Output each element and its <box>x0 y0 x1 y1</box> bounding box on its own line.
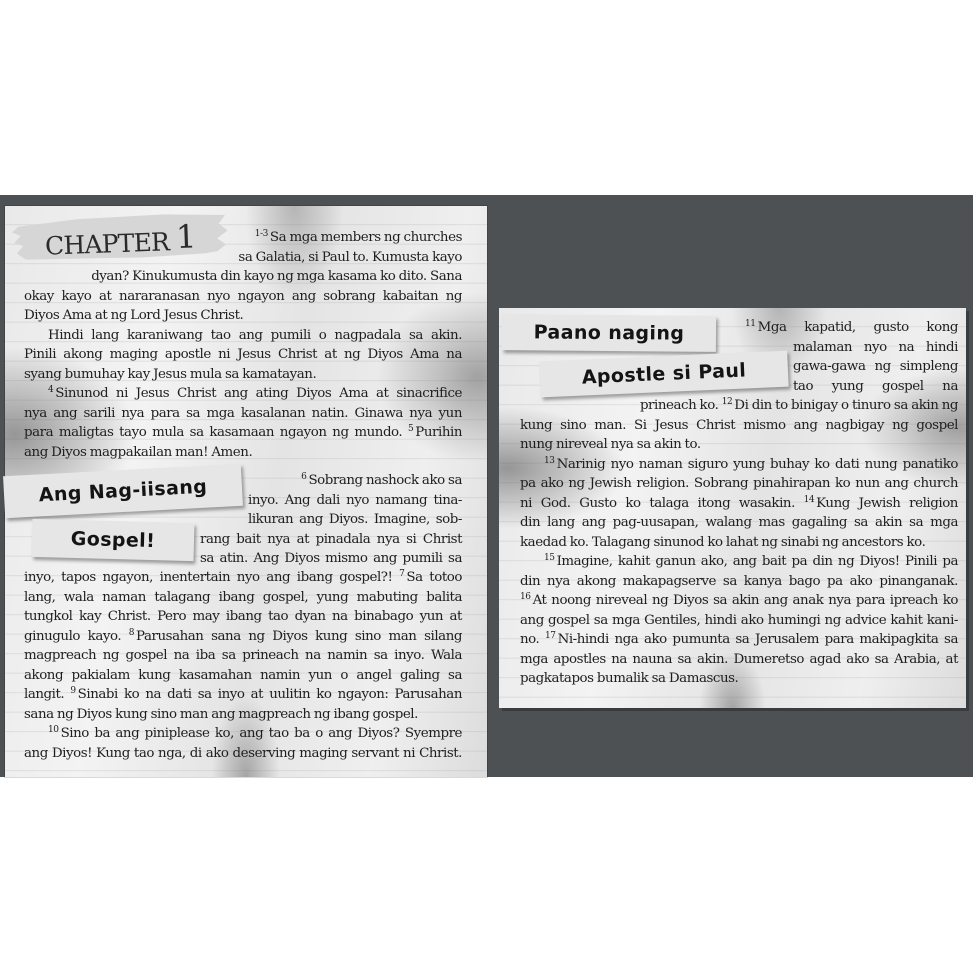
text-line: ginugulo kayo. 8Parusahan sana ng Diyos … <box>24 627 462 647</box>
text-line: 10Sino ba ang piniplease ko, ang tao ba … <box>24 724 462 744</box>
text-line: sa atin. Ang Diyos mismo ang pumili sa <box>200 549 462 569</box>
text-line: rang bait nya at pinadala nya si Christ <box>200 530 462 550</box>
text-line: inyo, tapos ngayon, inentertain nyo ang … <box>24 568 462 588</box>
text-line: 6Sobrang nashock ako sa <box>200 471 462 491</box>
text-line: Hindi lang karaniwang tao ang pumili o n… <box>24 326 462 346</box>
text-line: 16At noong nireveal ng Diyos sa akin ang… <box>520 591 958 611</box>
text-line: 15Imagine, kahit ganun ako, ang bait pa … <box>520 552 958 572</box>
text-line: dyan? Kinukumusta din kayo ng mga kasama… <box>24 267 462 287</box>
text-line: okay kayo at nararanasan nyo ngayon ang … <box>24 287 462 307</box>
text-line: nya ang sarili nya para sa mga kasalanan… <box>24 404 462 424</box>
right-body-wrap: 11Mga kapatid, gusto kong malaman nyo na… <box>745 318 958 396</box>
text-line: 4Sinunod ni Jesus Christ ang ating Diyos… <box>24 384 462 404</box>
text-line: no. 17Ni-hindi nga ako pumunta sa Jerusa… <box>520 630 958 650</box>
text-line: 11Mga kapatid, gusto kong <box>745 318 958 338</box>
text-line: ang Diyos! Kung tao nga, di ako deservin… <box>24 744 462 764</box>
text-line: kung sino man. Si Jesus Christ mismo ang… <box>520 416 958 436</box>
text-line: langit. 9Sinabi ko na dati sa inyo at uu… <box>24 685 462 705</box>
text-line: magpreach ng gospel na iba sa prineach n… <box>24 646 462 666</box>
text-line: mga apostles na nauna sa akin. Dumeretso… <box>520 650 958 670</box>
text-line: 13Narinig nyo naman siguro yung buhay ko… <box>520 455 958 475</box>
left-body-wrap: 6Sobrang nashock ako sa inyo. Ang dali n… <box>200 471 462 569</box>
text-line: ang gospel sa mga Gentiles, hindi ako hu… <box>520 611 958 631</box>
text-line: malaman nyo na hindi <box>745 338 958 358</box>
text-line: Diyos Ama at ng Lord Jesus Christ. <box>24 306 462 326</box>
text-line: gawa-gawa ng simpleng <box>745 357 958 377</box>
text-line: din nya akong makapagserve sa kanya bago… <box>520 572 958 592</box>
text-line: para maligtas tayo mula sa kasamaan ngay… <box>24 423 462 443</box>
text-line: ang Diyos magpakailan man! Amen. <box>24 443 462 463</box>
text-line: likuran ang Diyos. Imagine, sob- <box>200 510 462 530</box>
text-line: prineach ko. 12Di din to binigay o tinur… <box>520 396 958 416</box>
right-body: prineach ko. 12Di din to binigay o tinur… <box>520 396 958 689</box>
text-line: pa ako ng Jewish religion. Sobrang pinah… <box>520 474 958 494</box>
text-line: syang bumuhay kay Jesus mula sa kamataya… <box>24 365 462 385</box>
left-body-top: 1-3Sa mga members ng churches sa Galatia… <box>24 228 462 462</box>
text-line: tao yung gospel na <box>745 377 958 397</box>
text-line: nung nireveal nya sa akin to. <box>520 435 958 455</box>
text-line: lang, wala naman talagang ibang gospel, … <box>24 588 462 608</box>
text-line: Pinili akong maging apostle ni Jesus Chr… <box>24 345 462 365</box>
text-line: kaedad ko. Talagang sinunod ko lahat ng … <box>520 533 958 553</box>
text-line: inyo. Ang dali nyo namang tina- <box>200 491 462 511</box>
text-line: tungkol kay Christ. Pero may ibang tao d… <box>24 607 462 627</box>
text-line: din lang ang pag-uusapan, walang mas gag… <box>520 513 958 533</box>
text-line: akong pakialam kung kasamahan namin yun … <box>24 666 462 686</box>
text-line: pagkatapos bumalik sa Damascus. <box>520 669 958 689</box>
section-heading-line1: Paano naging <box>502 314 716 352</box>
text-line: sana ng Diyos kung sino man ang magpreac… <box>24 705 462 725</box>
text-line: 1-3Sa mga members ng churches <box>24 228 462 248</box>
text-line: ni God. Gusto ko talaga itong wasakin. 1… <box>520 494 958 514</box>
section-heading-line2: Gospel! <box>32 519 195 561</box>
left-body-bottom: inyo, tapos ngayon, inentertain nyo ang … <box>24 568 462 763</box>
text-line: sa Galatia, si Paul to. Kumusta kayo <box>24 248 462 268</box>
